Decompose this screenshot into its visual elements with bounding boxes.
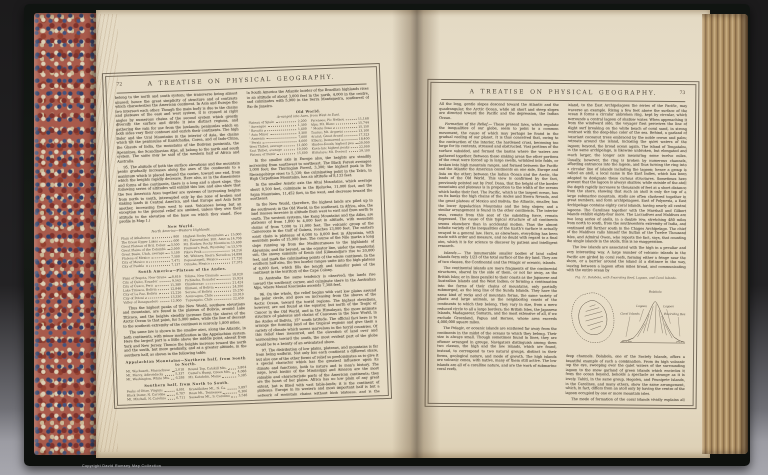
- body-paragraph: Islands.— The innumerable smaller bodies…: [438, 250, 558, 265]
- data-table: Plateau of Spain2,200Pyrenees; Pic Netho…: [248, 117, 370, 157]
- body-paragraph: In the smaller axis in Europe also, the …: [249, 155, 372, 182]
- dot-leader: [167, 392, 175, 395]
- column-2-top-text: island, to the East Archipelagoes the se…: [566, 103, 687, 274]
- dot-leader: [227, 240, 229, 243]
- dot-leader: [277, 151, 296, 155]
- entry-name: City of Puebla: [122, 264, 144, 269]
- entry-value: 5,385: [238, 373, 247, 377]
- body-paragraph: The same law is shown in the smaller axe…: [123, 326, 246, 358]
- island-map-hatching: [584, 305, 603, 330]
- dot-leader: [160, 299, 169, 303]
- dot-leader: [222, 374, 236, 378]
- right-page-header: A TREATISE ON PHYSICAL GEOGRAPHY. 73: [439, 87, 687, 100]
- book-gutter-shadow: [392, 10, 440, 458]
- right-page-number: 73: [679, 91, 685, 96]
- entry-value: 7,137: [171, 262, 180, 266]
- reef-ring-outline: [571, 293, 614, 343]
- dot-leader: [228, 386, 237, 390]
- scan-watermark: Copyright David Rumsey Map Collection: [82, 464, 161, 468]
- dot-leader: [167, 400, 175, 401]
- body-paragraph: In South America the Atlantic border of …: [246, 86, 369, 109]
- entry-name: Himalaya; Mt. Everest: [312, 149, 347, 154]
- table-entry: Mt. Washington, White Mts.6,288: [126, 376, 184, 382]
- label-coral-islands: Coral Islands: [620, 312, 640, 316]
- dot-leader: [228, 252, 230, 255]
- right-page: A TREATISE ON PHYSICAL GEOGRAPHY. 73 All…: [425, 79, 700, 409]
- data-table: Plain of Athabasca900Highest Rocky Mount…: [121, 232, 243, 268]
- entry-value: 29,100: [359, 149, 370, 153]
- body-paragraph: belong to the north and south system; th…: [115, 91, 240, 164]
- dot-leader: [166, 251, 170, 254]
- dot-leader: [348, 149, 357, 153]
- dot-leader: [167, 243, 169, 246]
- body-paragraph: 96. On the whole, the relief begins with…: [254, 288, 378, 347]
- dot-leader: [211, 260, 230, 264]
- entry-value: 22,450: [233, 296, 244, 300]
- dot-leader: [165, 372, 174, 376]
- paragraph-lead-in: Islands.—: [444, 250, 464, 254]
- entry-value: 17,373: [232, 260, 243, 264]
- body-paragraph: The mode of formation of the coral islan…: [565, 397, 685, 402]
- dot-leader: [172, 368, 174, 371]
- body-paragraph: The low islands are associated with the …: [566, 245, 686, 273]
- paragraph-lead-in: Formation of the Relief.—: [445, 122, 494, 126]
- entry-value: 3,240: [176, 400, 185, 402]
- table-entry: City of Puebla7,137: [122, 262, 180, 268]
- body-paragraph: All the long, gentle slopes descend towa…: [439, 102, 559, 121]
- dot-leader: [225, 232, 229, 235]
- entry-name: Valley of Desaguadero: [123, 299, 158, 304]
- entry-value: 6,288: [175, 376, 184, 380]
- sea-baseline: [620, 343, 686, 344]
- dot-leader: [227, 244, 229, 247]
- dot-leader: [172, 376, 175, 379]
- entry-name: Mt. Katahdin, Maine: [188, 374, 220, 379]
- dot-leader: [167, 247, 169, 250]
- table-entry: Tupungato, Chile22,450: [185, 296, 243, 302]
- entry-name: Orizaba, Mexico: [184, 261, 210, 266]
- figure-11-illustration: Bolabola Lagoon Lagoon Coral Islands Enc…: [566, 280, 686, 353]
- dot-leader: [227, 236, 229, 239]
- data-table: Plain of Bogota, New Granada8,616Tolima,…: [122, 272, 243, 304]
- dot-leader: [228, 366, 236, 369]
- body-paragraph: In the New World, therefore, the highest…: [250, 198, 375, 275]
- dot-leader: [231, 394, 237, 397]
- left-page-column-1: belong to the north and south system; th…: [115, 91, 249, 401]
- right-page-column-2: island, to the East Archipelagoes the se…: [565, 103, 687, 402]
- body-paragraph: 95. The altitude of both the surface ele…: [117, 161, 242, 225]
- marbled-fore-edge: [34, 13, 96, 455]
- body-paragraph: Formation of the Relief.— These present …: [438, 122, 559, 250]
- label-encircling-reef: Encircling Reef: [662, 312, 685, 316]
- entry-name: Mt. Washington, White Mts.: [126, 376, 170, 382]
- right-page-column-1: All the long, gentle slopes descend towa…: [437, 102, 559, 401]
- body-paragraph: deep channels. Bolabola, one of the Soci…: [565, 354, 685, 396]
- dot-leader: [168, 275, 170, 278]
- label-peak: Bolabola: [647, 290, 661, 294]
- data-table: Peaks of Otter, Virginia4,001Grandfather…: [127, 385, 248, 401]
- column-2-bottom-text: deep channels. Bolabola, one of the Soci…: [565, 354, 685, 402]
- body-paragraph: 97. The distribution of low plains, plat…: [256, 344, 380, 397]
- body-paragraph: Thus the highest peaks of the New World,…: [122, 302, 245, 329]
- entry-name: Plateau of Pamir: [249, 152, 275, 157]
- running-title: A TREATISE ON PHYSICAL GEOGRAPHY.: [439, 87, 687, 97]
- label-lagoon-left: Lagoon: [635, 304, 647, 308]
- dot-leader: [145, 263, 169, 267]
- body-paragraph: The Pelagic, or oceanic islands are scat…: [437, 326, 557, 373]
- dot-leader: [214, 296, 231, 300]
- bolabola-figure-svg: Bolabola Lagoon Lagoon Coral Islands Enc…: [566, 280, 686, 353]
- entry-value: 15,600: [297, 151, 308, 155]
- table-entry: Orizaba, Mexico17,373: [184, 260, 242, 266]
- left-page: 72 A TREATISE ON PHYSICAL GEOGRAPHY. bel…: [102, 63, 392, 409]
- data-table: Mt. Wachusett, Massachusetts2,018Round T…: [126, 365, 247, 381]
- left-page-column-2: In South America the Atlantic border of …: [246, 86, 380, 396]
- dot-leader: [355, 141, 357, 144]
- entry-name: Tupungato, Chile: [185, 297, 212, 302]
- label-lagoon-right: Lagoon: [662, 304, 674, 308]
- dot-leader: [232, 370, 236, 373]
- body-paragraph: island, to the East Archipelagoes the se…: [567, 103, 688, 245]
- left-page-number: 72: [116, 82, 122, 87]
- dot-leader: [167, 396, 174, 399]
- dot-leader: [351, 145, 358, 148]
- body-paragraph: The continental islands are mere fragmen…: [437, 266, 557, 326]
- table-entry: Valley of Desaguadero12,900: [123, 298, 181, 304]
- table-entry: Mt. Katahdin, Maine5,385: [188, 373, 246, 379]
- page-stack-edge: [702, 14, 748, 454]
- entry-value: 12,900: [171, 298, 182, 302]
